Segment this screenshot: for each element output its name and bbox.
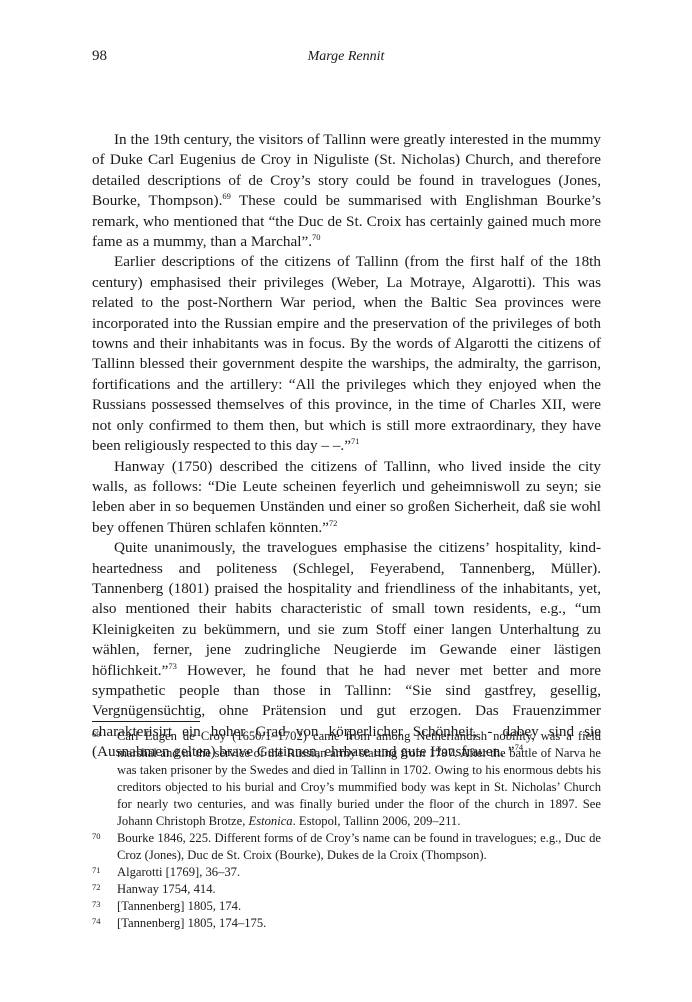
footnote-text: [Tannenberg] 1805, 174. <box>117 899 241 913</box>
footnote-number: 69 <box>92 726 101 743</box>
paragraph-1: In the 19th century, the visitors of Tal… <box>92 130 601 252</box>
footnote-number: 74 <box>92 913 101 930</box>
paragraph-3: Hanway (1750) described the citizens of … <box>92 457 601 539</box>
paragraph-2: Earlier descriptions of the citizens of … <box>92 252 601 456</box>
footnote-number: 70 <box>92 828 101 845</box>
footnote-number: 71 <box>92 862 101 879</box>
footnote-text: [Tannenberg] 1805, 174–175. <box>117 916 266 930</box>
footnote-69: 69Carl Eugen de Croy (1650/1–1702) came … <box>92 728 601 830</box>
footnote-number: 72 <box>92 879 101 896</box>
footnote-70: 70Bourke 1846, 225. Different forms of d… <box>92 830 601 864</box>
page-header: 98 Marge Rennit <box>92 48 600 70</box>
footnote-71: 71Algarotti [1769], 36–37. <box>92 864 601 881</box>
footnote-italic-title: Estonica <box>249 814 293 828</box>
body-text: In the 19th century, the visitors of Tal… <box>92 130 601 763</box>
footnote-ref-73[interactable]: 73 <box>168 661 177 671</box>
footnote-text: Algarotti [1769], 36–37. <box>117 865 240 879</box>
footnote-74: 74[Tannenberg] 1805, 174–175. <box>92 915 601 932</box>
footnote-ref-70[interactable]: 70 <box>312 232 321 242</box>
running-head-author: Marge Rennit <box>92 49 600 65</box>
footnote-separator <box>92 721 200 722</box>
paragraph-text: Hanway (1750) described the citizens of … <box>92 458 601 536</box>
footnote-ref-69[interactable]: 69 <box>222 191 231 201</box>
footnote-number: 73 <box>92 896 101 913</box>
footnote-text: Hanway 1754, 414. <box>117 882 216 896</box>
paragraph-text: Quite unanimously, the travelogues empha… <box>92 539 601 678</box>
footnote-ref-72[interactable]: 72 <box>329 518 338 528</box>
footnotes: 69Carl Eugen de Croy (1650/1–1702) came … <box>92 728 601 932</box>
footnote-text: . Estopol, Tallinn 2006, 209–211. <box>293 814 461 828</box>
footnote-73: 73[Tannenberg] 1805, 174. <box>92 898 601 915</box>
footnote-text: Bourke 1846, 225. Different forms of de … <box>117 831 601 862</box>
footnote-ref-71[interactable]: 71 <box>351 436 360 446</box>
paragraph-text: Earlier descriptions of the citizens of … <box>92 253 601 454</box>
footnote-72: 72Hanway 1754, 414. <box>92 881 601 898</box>
